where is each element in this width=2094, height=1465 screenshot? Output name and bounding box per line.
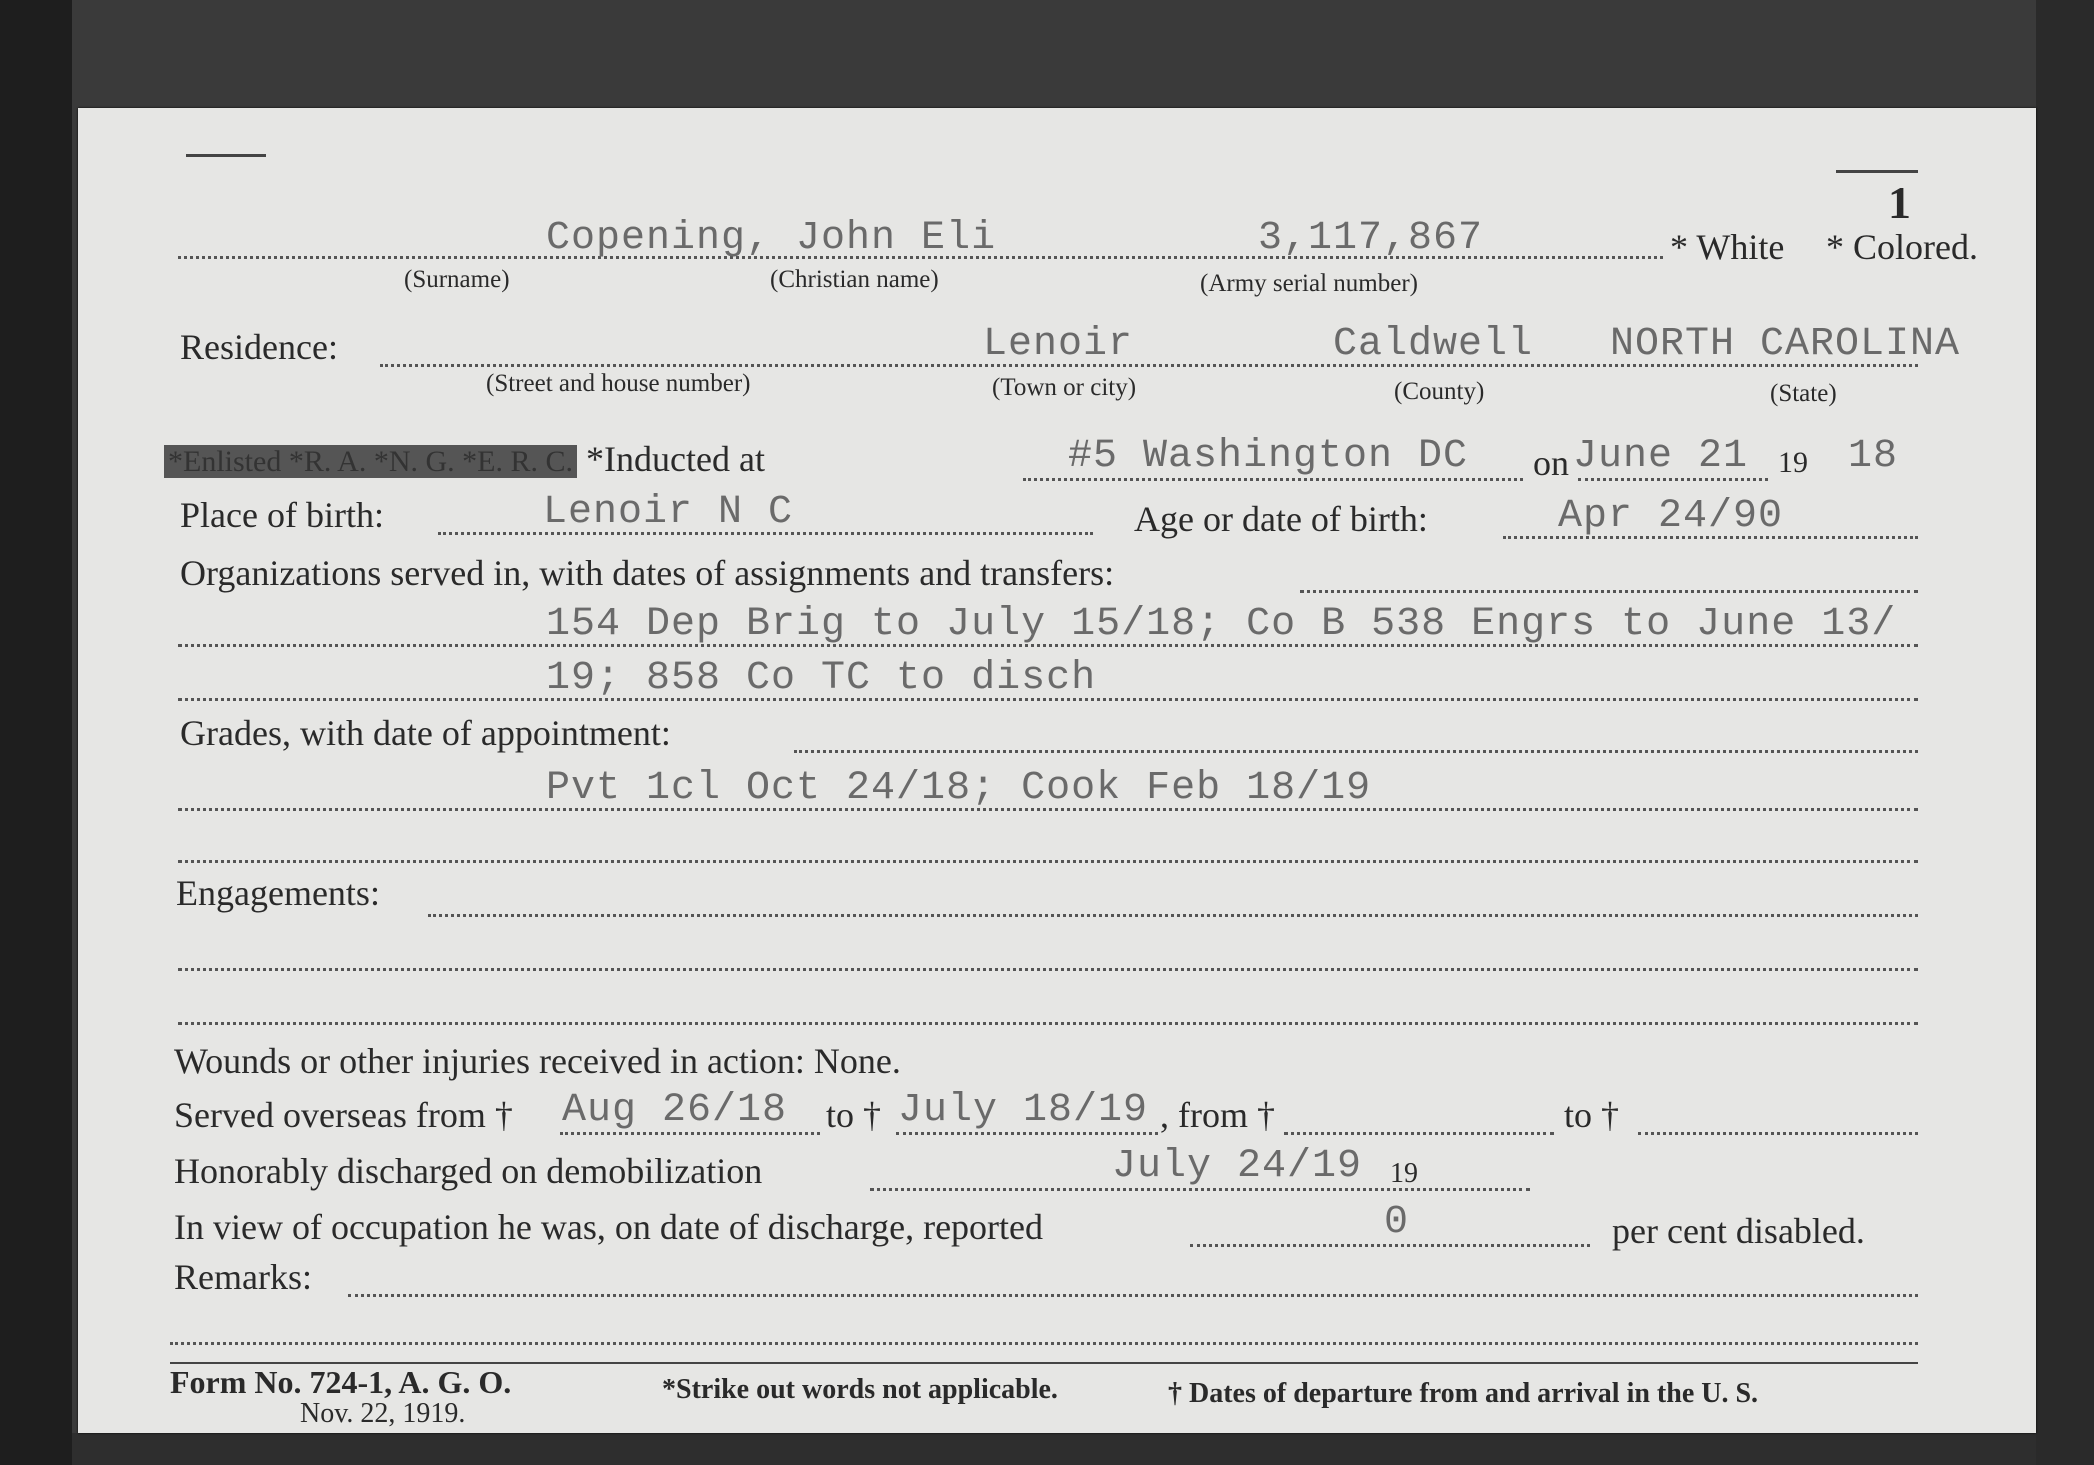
grades-label: Grades, with date of appointment:	[180, 712, 671, 754]
christian-caption: (Christian name)	[770, 266, 939, 294]
serial-value: 3,117,867	[1258, 216, 1483, 261]
overseas-from-date: Aug 26/18	[562, 1088, 787, 1133]
induction-row: *Enlisted *R. A. *N. G. *E. R. C. *Induc…	[164, 438, 765, 480]
serial-caption: (Army serial number)	[1200, 270, 1418, 298]
overseas-to2-line	[1638, 1132, 1918, 1135]
top-right-rule	[1836, 170, 1918, 173]
residence-county: Caldwell	[1333, 322, 1533, 367]
race-colored: * Colored.	[1826, 226, 1978, 268]
disability-label: In view of occupation he was, on date of…	[174, 1206, 1043, 1248]
induction-on-label: on	[1533, 442, 1569, 484]
to2-label: to	[1564, 1095, 1592, 1135]
residence-town: Lenoir	[983, 322, 1133, 367]
organizations-entry-2: 19; 858 Co TC to disch	[546, 656, 1096, 701]
to-label: to	[826, 1095, 854, 1135]
surname-caption: (Surname)	[404, 266, 510, 294]
service-record-card: 1 Copening, John Eli 3,117,867 * White *…	[78, 108, 2036, 1433]
grades-line-2	[178, 860, 1918, 863]
overseas-from-label: Served overseas from	[174, 1095, 486, 1135]
county-caption: (County)	[1394, 378, 1484, 406]
street-caption: (Street and house number)	[486, 370, 751, 398]
disability-suffix: per cent disabled.	[1612, 1210, 1865, 1252]
organizations-line-0	[1300, 590, 1918, 593]
birth-place-label: Place of birth:	[180, 494, 384, 536]
dagger-mark: †	[495, 1095, 513, 1135]
struck-enlistment-options: *Enlisted *R. A. *N. G. *E. R. C.	[164, 445, 577, 478]
background-bottom-edge	[72, 1433, 2036, 1465]
form-number: Form No. 724-1, A. G. O.	[170, 1364, 511, 1401]
discharge-label: Honorably discharged on demobilization	[174, 1150, 762, 1192]
engagements-label: Engagements:	[176, 872, 380, 914]
background-left-edge	[0, 0, 72, 1465]
dagger-mark: †	[1601, 1095, 1619, 1135]
state-caption: (State)	[1770, 380, 1837, 408]
dagger-mark: †	[1257, 1095, 1275, 1135]
residence-state: NORTH CAROLINA	[1610, 322, 1960, 367]
induction-place: #5 Washington DC	[1068, 434, 1468, 479]
from2-label: , from	[1160, 1095, 1248, 1135]
race-white: * White	[1670, 226, 1784, 268]
discharge-date: July 24/19	[1112, 1144, 1362, 1189]
dagger-mark: †	[863, 1095, 881, 1135]
induction-year: 18	[1848, 434, 1898, 479]
grades-entry-1: Pvt 1cl Oct 24/18; Cook Feb 18/19	[546, 766, 1371, 811]
overseas-label: Served overseas from †	[174, 1094, 513, 1136]
wounds-label: Wounds or other injuries received in act…	[174, 1040, 901, 1082]
overseas-to-date: July 18/19	[898, 1088, 1148, 1133]
overseas-to-label: to †	[826, 1094, 881, 1136]
discharge-year-suffix: 19	[1390, 1158, 1418, 1190]
background-right-edge	[2036, 0, 2094, 1465]
form-date: Nov. 22, 1919.	[300, 1398, 465, 1430]
remarks-label: Remarks:	[174, 1256, 312, 1298]
residence-label: Residence:	[180, 326, 338, 368]
remarks-line-0	[348, 1294, 1918, 1297]
organizations-entry-1: 154 Dep Brig to July 15/18; Co B 538 Eng…	[546, 602, 1896, 647]
inducted-label: *Inducted at	[586, 439, 765, 479]
overseas-to2-label: to †	[1564, 1094, 1619, 1136]
engagements-line-2	[178, 1022, 1918, 1025]
birth-date-label: Age or date of birth:	[1134, 498, 1428, 540]
name-value: Copening, John Eli	[546, 216, 996, 261]
dates-note: † Dates of departure from and arrival in…	[1168, 1378, 1758, 1410]
card-number: 1	[1888, 176, 1911, 229]
strike-note: *Strike out words not applicable.	[662, 1374, 1058, 1406]
grades-line-0	[794, 750, 1918, 753]
birth-place: Lenoir N C	[543, 490, 793, 535]
overseas-from2-label: , from †	[1160, 1094, 1275, 1136]
town-caption: (Town or city)	[992, 374, 1136, 402]
induction-year-prefix: 19	[1778, 446, 1808, 480]
birth-date: Apr 24/90	[1558, 494, 1783, 539]
disability-value: 0	[1384, 1200, 1409, 1245]
engagements-line-0	[428, 914, 1918, 917]
induction-date: June 21	[1573, 434, 1748, 479]
top-left-rule	[186, 154, 266, 157]
engagements-line-1	[178, 968, 1918, 971]
overseas-from2-line	[1284, 1132, 1554, 1135]
remarks-line-1	[170, 1342, 1918, 1345]
organizations-label: Organizations served in, with dates of a…	[180, 552, 1114, 594]
